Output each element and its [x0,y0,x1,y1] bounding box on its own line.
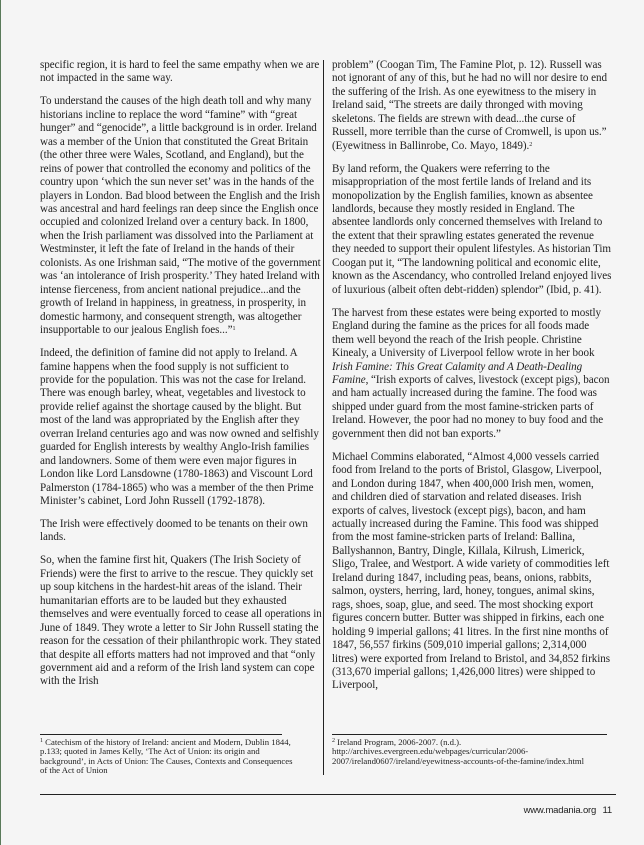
paragraph: To understand the causes of the high dea… [40,95,324,337]
footnote-marker: 1 [40,738,43,744]
footnote-text[interactable]: Ireland Program, 2006-2007. (n.d.). http… [332,737,584,766]
footnote-separator [332,734,607,735]
footnote-2: 2 Ireland Program, 2006-2007. (n.d.). ht… [332,738,612,766]
footnote-marker: 2 [332,738,335,744]
paragraph: problem” (Coogan Tim, The Famine Plot, p… [332,59,612,153]
paragraph: The Irish were effectively doomed to be … [40,518,324,545]
footnote-text: Catechism of the history of Ireland: anc… [40,737,292,775]
paragraph-text: , “Irish exports of calves, livestock (e… [332,374,609,440]
paragraph: So, when the famine first hit, Quakers (… [40,554,324,689]
paragraph-text: The harvest from these estates were bein… [332,307,601,359]
footer-site-link[interactable]: www.madania.org [524,805,597,816]
page-number: 11 [603,805,612,816]
footnote-1: 1 Catechism of the history of Ireland: a… [40,738,300,776]
document-page: specific region, it is hard to feel the … [0,0,644,845]
page-footer: www.madania.org 11 [524,805,612,816]
right-column: problem” (Coogan Tim, The Famine Plot, p… [332,59,612,702]
paragraph: Indeed, the definition of famine did not… [40,347,324,508]
paragraph: The harvest from these estates were bein… [332,307,612,442]
footer-rule [40,794,616,795]
footnote-reference[interactable]: 2 [529,142,532,148]
paragraph: specific region, it is hard to feel the … [40,59,324,86]
column-divider [323,60,324,775]
paragraph: Michael Commins elaborated, “Almost 4,00… [332,451,612,693]
footnote-reference[interactable]: 1 [232,326,235,332]
footnote-separator [40,734,282,735]
left-column: specific region, it is hard to feel the … [40,59,324,698]
paragraph: By land reform, the Quakers were referri… [332,163,612,298]
paragraph-text: problem” (Coogan Tim, The Famine Plot, p… [332,59,607,152]
